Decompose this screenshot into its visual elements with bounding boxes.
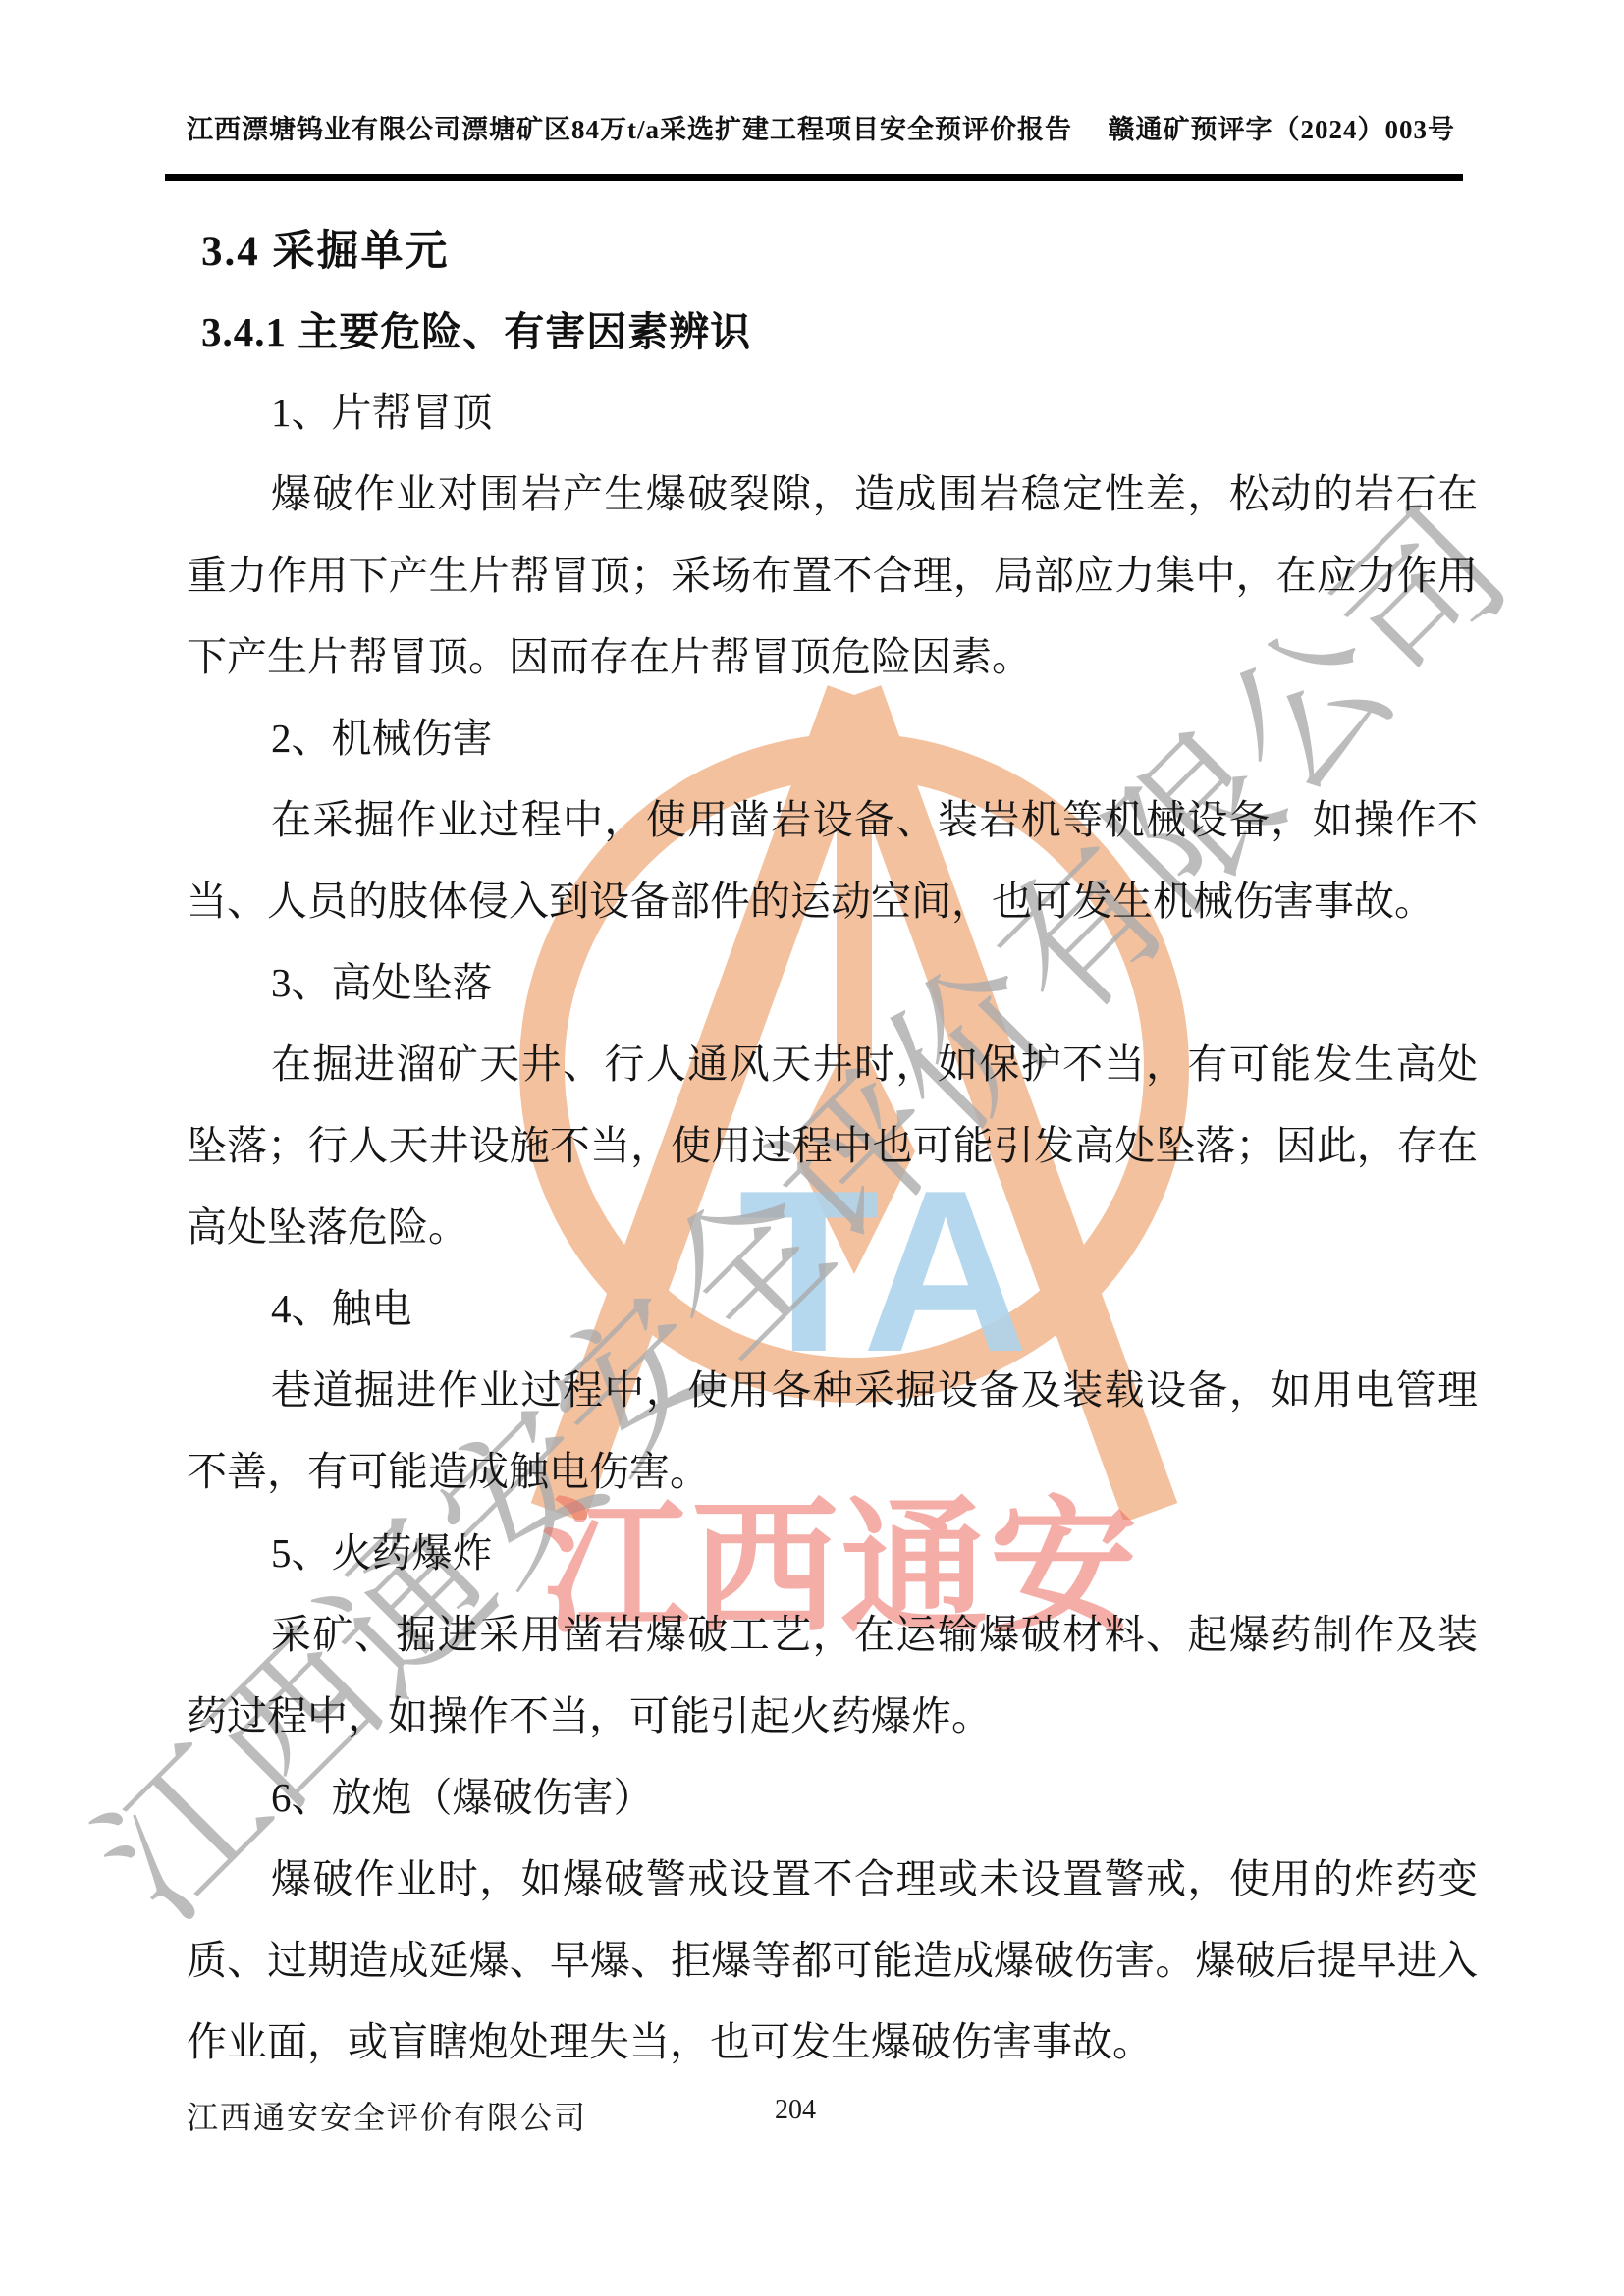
header-rule — [165, 174, 1463, 181]
item-paragraph: 爆破作业对围岩产生爆破裂隙，造成围岩稳定性差，松动的岩石在重力作用下产生片帮冒顶… — [187, 454, 1478, 698]
header-report-title: 江西漂塘钨业有限公司漂塘矿区84万t/a采选扩建工程项目安全预评价报告 — [187, 108, 1072, 146]
item-paragraph: 在掘进溜矿天井、行人通风天井时，如保护不当，有可能发生高处坠落；行人天井设施不当… — [187, 1024, 1478, 1268]
subsection-heading: 3.4.1 主要危险、有害因素辨识 — [201, 299, 751, 357]
page-footer: 江西通安安全评价有限公司 204 — [187, 2087, 1478, 2141]
item-paragraph: 在采掘作业过程中，使用凿岩设备、装岩机等机械设备，如操作不当、人员的肢体侵入到设… — [187, 779, 1478, 942]
page-content: 江西漂塘钨业有限公司漂塘矿区84万t/a采选扩建工程项目安全预评价报告 赣通矿预… — [0, 0, 1624, 2296]
item-title: 4、触电 — [187, 1268, 1478, 1350]
header-document-number: 赣通矿预评字（2024）003号 — [1109, 108, 1456, 146]
document-page: TA 江西通安安全评价有限公司 江西通安 江西漂塘钨业有限公司漂塘矿区84万t/… — [0, 0, 1624, 2296]
item-paragraph: 巷道掘进作业过程中，使用各种采掘设备及装载设备，如用电管理不善，有可能造成触电伤… — [187, 1350, 1478, 1513]
page-header: 江西漂塘钨业有限公司漂塘矿区84万t/a采选扩建工程项目安全预评价报告 赣通矿预… — [187, 108, 1455, 146]
section-heading: 3.4 采掘单元 — [201, 218, 450, 278]
item-title: 1、片帮冒顶 — [187, 372, 1478, 454]
body-text: 1、片帮冒顶 爆破作业对围岩产生爆破裂隙，造成围岩稳定性差，松动的岩石在重力作用… — [187, 372, 1478, 2083]
footer-company-name: 江西通安安全评价有限公司 — [187, 2093, 587, 2138]
item-paragraph: 爆破作业时，如爆破警戒设置不合理或未设置警戒，使用的炸药变质、过期造成延爆、早爆… — [187, 1839, 1478, 2083]
item-paragraph: 采矿、掘进采用凿岩爆破工艺，在运输爆破材料、起爆药制作及装药过程中，如操作不当，… — [187, 1594, 1478, 1757]
item-title: 5、火药爆炸 — [187, 1513, 1478, 1594]
item-title: 6、放炮（爆破伤害） — [187, 1757, 1478, 1839]
page-number: 204 — [687, 2095, 903, 2126]
item-title: 2、机械伤害 — [187, 698, 1478, 779]
item-title: 3、高处坠落 — [187, 942, 1478, 1024]
